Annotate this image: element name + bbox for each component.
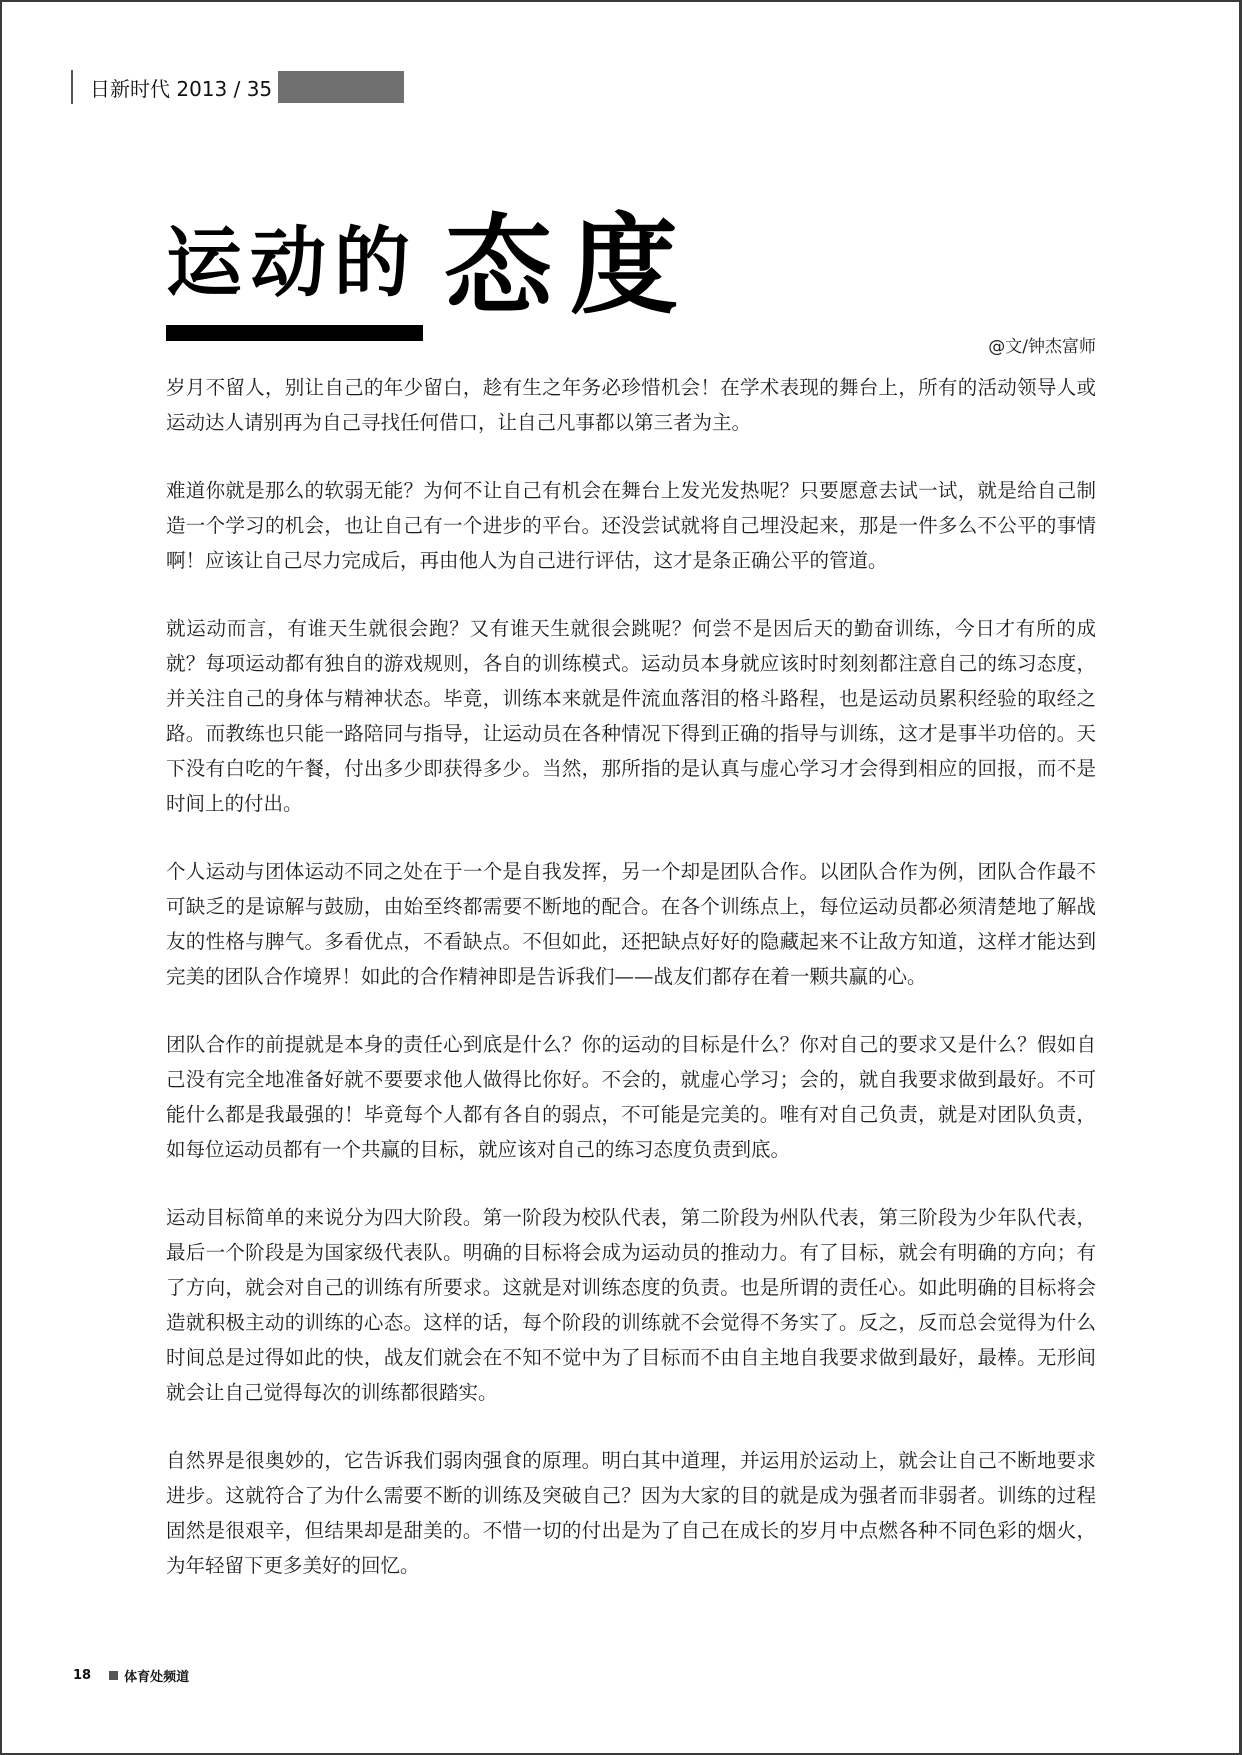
- square-bullet-icon: [109, 1671, 118, 1680]
- header-divider: [71, 70, 73, 104]
- author-byline: @文/钟杰富师: [988, 332, 1096, 357]
- running-title: 日新时代 2013 / 35: [90, 73, 272, 102]
- paragraph: 团队合作的前提就是本身的责任心到底是什么？你的运动的目标是什么？你对自己的要求又…: [166, 1027, 1096, 1167]
- running-header: 日新时代 2013 / 35: [71, 70, 272, 104]
- paragraph: 运动目标简单的来说分为四大阶段。第一阶段为校队代表，第二阶段为州队代表，第三阶段…: [166, 1200, 1096, 1410]
- title-part-2: 态度: [444, 197, 696, 337]
- paragraph: 就运动而言，有谁天生就很会跑？又有谁天生就很会跳呢？何尝不是因后天的勤奋训练，今…: [166, 611, 1096, 821]
- article-body: 岁月不留人，别让自己的年少留白，趁有生之年务必珍惜机会！在学术表现的舞台上，所有…: [166, 370, 1096, 1616]
- header-gray-block: [278, 71, 404, 103]
- title-underline-bar: [166, 325, 423, 341]
- page-number: 18: [73, 1668, 91, 1683]
- title-part-1: 运动的: [166, 215, 418, 311]
- section-name: 体育处频道: [124, 1666, 189, 1685]
- paragraph: 个人运动与团体运动不同之处在于一个是自我发挥，另一个却是团队合作。以团队合作为例…: [166, 854, 1096, 994]
- page-footer: 18 体育处频道: [73, 1666, 189, 1685]
- paragraph: 岁月不留人，别让自己的年少留白，趁有生之年务必珍惜机会！在学术表现的舞台上，所有…: [166, 370, 1096, 440]
- paragraph: 自然界是很奥妙的，它告诉我们弱肉强食的原理。明白其中道理，并运用於运动上，就会让…: [166, 1443, 1096, 1583]
- paragraph: 难道你就是那么的软弱无能？为何不让自己有机会在舞台上发光发热呢？只要愿意去试一试…: [166, 473, 1096, 578]
